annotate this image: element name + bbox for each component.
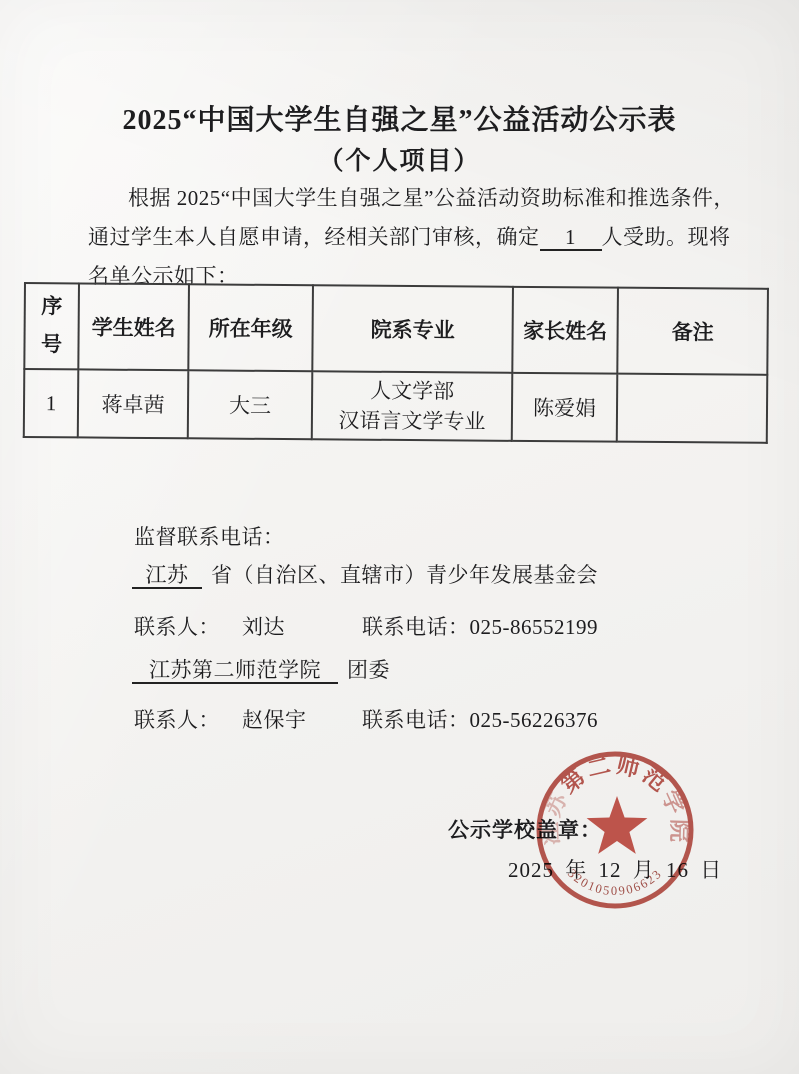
contact-line-1: 联系人：刘达 联系电话：025-86552199 xyxy=(134,612,285,642)
cell-department: 人文学部 汉语言文学专业 xyxy=(312,371,513,441)
document-page: 2025“中国大学生自强之星”公益活动公示表 （个人项目） 根据 2025“中国… xyxy=(0,0,799,1074)
foundation-suffix: 省（自治区、直辖市）青少年发展基金会 xyxy=(211,563,598,587)
seal-star-icon xyxy=(587,796,648,854)
page-title: 2025“中国大学生自强之星”公益活动公示表 xyxy=(0,98,799,138)
approved-count-blank: 1 xyxy=(540,225,602,251)
contact-2-name: 赵保宇 xyxy=(242,708,307,732)
intro-line-2-post: 人受助。现将 xyxy=(602,225,731,249)
supervision-heading: 监督联系电话： xyxy=(134,522,285,552)
school-seal-stamp: 江苏第二师范学院 3201050906623 xyxy=(532,747,698,913)
intro-line-1: 根据 2025“中国大学生自强之星”公益活动资助标准和推选条件， xyxy=(88,179,736,218)
col-header-parent-name: 家长姓名 xyxy=(512,287,618,374)
cell-student-name: 蒋卓茜 xyxy=(78,369,189,438)
cell-grade: 大三 xyxy=(188,370,313,439)
table-row: 1 蒋卓茜 大三 人文学部 汉语言文学专业 陈爱娟 xyxy=(24,369,768,443)
seal-code-text: 3201050906623 xyxy=(565,866,665,898)
contact-2-phone-group: 联系电话：025-56226376 xyxy=(362,705,598,735)
col-header-remark: 备注 xyxy=(617,288,768,375)
contact-1-phone: 025-86552199 xyxy=(470,615,599,639)
intro-line-2-pre: 通过学生本人自愿申请，经相关部门审核，确定 xyxy=(88,225,540,249)
col-header-student-name: 学生姓名 xyxy=(78,283,189,370)
cell-seq: 1 xyxy=(24,369,79,437)
foundation-line: 江苏省（自治区、直辖市）青少年发展基金会 xyxy=(132,560,598,590)
contact-1-phone-group: 联系电话：025-86552199 xyxy=(362,612,598,642)
roster-table-wrap: 序号 学生姓名 所在年级 院系专业 家长姓名 备注 1 蒋卓茜 大三 人文学部 … xyxy=(23,282,767,444)
school-suffix: 团委 xyxy=(347,658,390,682)
contact-1-label: 联系人： xyxy=(134,615,220,639)
region-blank: 江苏 xyxy=(132,563,202,589)
col-header-department: 院系专业 xyxy=(312,285,513,373)
intro-paragraph: 根据 2025“中国大学生自强之星”公益活动资助标准和推选条件， 通过学生本人自… xyxy=(88,179,736,296)
col-header-grade: 所在年级 xyxy=(188,284,313,371)
contact-2-phone: 025-56226376 xyxy=(470,708,599,732)
roster-table: 序号 学生姓名 所在年级 院系专业 家长姓名 备注 1 蒋卓茜 大三 人文学部 … xyxy=(23,282,769,444)
contact-line-2: 联系人：赵保宇 联系电话：025-56226376 xyxy=(134,705,307,735)
contact-2-label: 联系人： xyxy=(134,708,220,732)
cell-remark xyxy=(617,374,768,443)
school-blank: 江苏第二师范学院 xyxy=(132,658,338,684)
cell-parent-name: 陈爱娟 xyxy=(512,373,618,442)
intro-line-2: 通过学生本人自愿申请，经相关部门审核，确定1人受助。现将 xyxy=(88,218,736,257)
contact-1-phone-label: 联系电话： xyxy=(362,615,470,639)
school-line: 江苏第二师范学院团委 xyxy=(132,655,390,685)
page-subtitle: （个人项目） xyxy=(0,141,799,177)
contact-2-phone-label: 联系电话： xyxy=(362,708,470,732)
contact-1-name: 刘达 xyxy=(242,615,285,639)
header-row: 序号 学生姓名 所在年级 院系专业 家长姓名 备注 xyxy=(24,283,768,375)
col-header-seq: 序号 xyxy=(24,283,79,369)
col-header-seq-label: 序号 xyxy=(40,288,63,364)
